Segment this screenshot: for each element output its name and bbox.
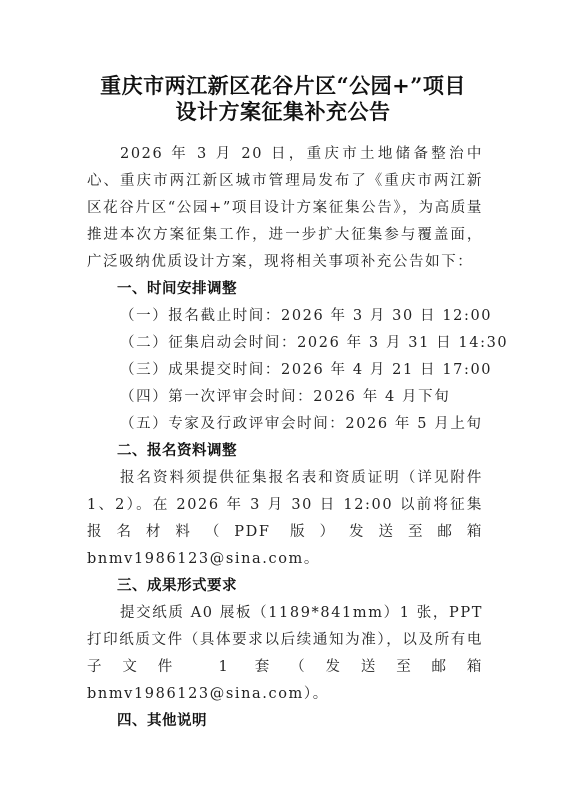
intro-paragraph: 2026 年 3 月 20 日，重庆市土地储备整治中心、重庆市两江新区城市管理局… [87,141,483,276]
section-heading-schedule: 一、时间安排调整 [87,276,483,303]
schedule-item-kickoff-meeting: （二）征集启动会时间：2026 年 3 月 31 日 14:30 [87,330,483,357]
document-title-line-2: 设计方案征集补充公告 [0,99,566,125]
schedule-item-first-review: （四）第一次评审会时间：2026 年 4 月下旬 [87,384,483,411]
schedule-item-expert-review: （五）专家及行政评审会时间：2026 年 5 月上旬 [87,411,483,438]
document-body: 2026 年 3 月 20 日，重庆市土地储备整治中心、重庆市两江新区城市管理局… [87,141,483,735]
deliverables-paragraph: 提交纸质 A0 展板（1189*841mm）1 张，PPT 打印纸质文件（具体要… [87,600,483,708]
schedule-item-registration-deadline: （一）报名截止时间：2026 年 3 月 30 日 12:00 [87,303,483,330]
section-heading-registration: 二、报名资料调整 [87,438,483,465]
document-page: 重庆市两江新区花谷片区“公园+”项目 设计方案征集补充公告 2026 年 3 月… [0,0,566,800]
document-title-line-1: 重庆市两江新区花谷片区“公园+”项目 [0,73,566,99]
schedule-item-submission: （三）成果提交时间：2026 年 4 月 21 日 17:00 [87,357,483,384]
section-heading-deliverables: 三、成果形式要求 [87,573,483,600]
section-heading-other: 四、其他说明 [87,708,483,735]
registration-paragraph: 报名资料须提供征集报名表和资质证明（详见附件 1、2）。在 2026 年 3 月… [87,465,483,573]
